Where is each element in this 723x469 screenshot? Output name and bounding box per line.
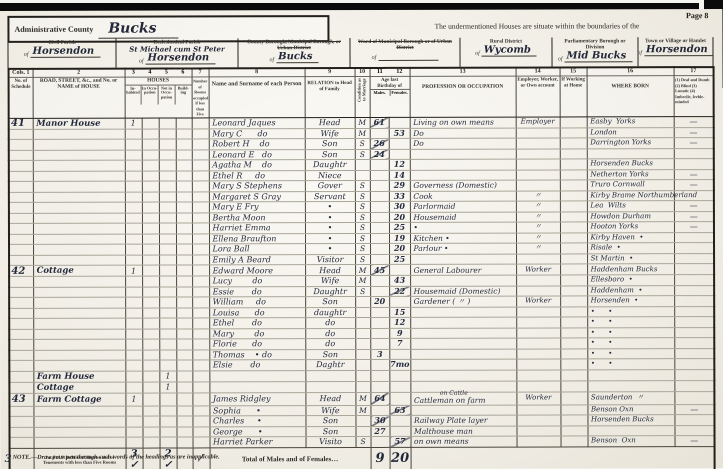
cell-rd <box>33 416 125 427</box>
cell-n <box>9 223 33 234</box>
cell-c5 <box>159 328 176 339</box>
header-infirmity: 17 (1) Deaf and Dumb (2) Blind (3) Lunat… <box>674 67 714 116</box>
cell-cd <box>355 296 370 307</box>
cell-c3 <box>125 308 142 319</box>
cell-em: 〃 <box>516 190 560 201</box>
cell-em: 〃 <box>516 222 560 233</box>
cell-c4 <box>142 308 159 319</box>
cell-em <box>516 275 560 286</box>
cell-rel: do <box>305 328 355 339</box>
cell-n <box>9 350 33 361</box>
cell-oc <box>410 254 516 265</box>
cell-rd <box>33 171 125 182</box>
cell-c5 <box>160 437 177 448</box>
cell-c6 <box>176 223 192 234</box>
cell-am <box>371 436 390 447</box>
cell-oc: Do <box>410 138 516 149</box>
cell-af: 22 <box>389 286 410 297</box>
cell-am <box>370 233 389 244</box>
cell-c4 <box>142 297 159 308</box>
cell-c5 <box>159 254 176 265</box>
cell-inf <box>675 425 715 436</box>
cell-rel: Gover <box>305 181 355 192</box>
cell-ah <box>560 415 587 426</box>
cell-af: 20 <box>389 212 410 223</box>
cell-em: 〃 <box>516 232 560 243</box>
cell-c5 <box>159 360 176 371</box>
cell-rel: Head <box>305 392 355 405</box>
cell-nm: Mary do <box>209 328 305 339</box>
cell-em: 〃 <box>516 243 560 254</box>
cell-af <box>389 349 410 360</box>
cell-rd <box>33 329 125 340</box>
cell-cd: M <box>355 275 370 286</box>
cell-af <box>389 370 410 381</box>
cell-oc: Malthouse man <box>411 426 517 437</box>
cell-em <box>516 317 560 328</box>
cell-nm: Louisa do <box>209 307 305 318</box>
cell-c5 <box>159 244 176 255</box>
cell-am <box>370 307 389 318</box>
header-working-at-home: 15 If Working at Home <box>560 67 587 116</box>
cell-c5 <box>159 392 176 405</box>
totals-males: 9 <box>371 447 390 469</box>
cell-c3 <box>125 160 142 171</box>
cell-nm: Essie do <box>209 286 305 297</box>
cell-em <box>516 359 560 370</box>
cell-cd: M <box>355 128 370 139</box>
cell-bn: London <box>587 127 674 138</box>
cell-cd <box>355 381 370 392</box>
administrative-county-label: Administrative County <box>9 25 98 34</box>
cell-bn: Horsenden Bucks <box>587 159 674 170</box>
cell-bn: Truro Cornwall <box>587 180 674 191</box>
cell-c6 <box>176 265 192 276</box>
cell-c6 <box>176 128 192 139</box>
cell-c4 <box>142 150 159 161</box>
cell-em <box>516 138 560 149</box>
cell-cd: S <box>355 286 370 297</box>
cell-c3: 1 <box>125 393 142 406</box>
district-ward: Ward of Municipal Borough or of Urban Di… <box>350 38 460 67</box>
cell-em <box>516 404 560 415</box>
cell-rel: Son <box>305 426 355 437</box>
cell-nm: Agatha M do <box>209 160 305 171</box>
cell-c6 <box>176 233 192 244</box>
cell-c6 <box>176 212 192 223</box>
cell-em <box>516 169 560 180</box>
cell-am <box>370 254 389 265</box>
cell-n <box>9 360 33 371</box>
cell-inf <box>674 275 714 286</box>
cell-af: 30 <box>389 201 410 212</box>
cell-em <box>516 159 560 170</box>
cell-nm: Leonard Jaques <box>209 117 305 128</box>
cell-bn: Netherton Yorks <box>587 169 674 180</box>
cell-ah <box>560 190 587 201</box>
cell-em <box>516 180 560 191</box>
cell-oc: Kitchen • <box>410 233 516 244</box>
cell-em <box>516 415 560 426</box>
cell-oc <box>410 370 516 381</box>
cell-em <box>517 436 561 447</box>
cell-c4 <box>142 360 159 371</box>
cell-c3 <box>125 406 142 417</box>
column-headers: Cols. 1 No. of Schedule 2 ROAD, STREET, … <box>9 67 714 118</box>
cell-cd <box>355 328 370 339</box>
header-houses-group: 3 4 5 6 HOUSES In- habited In Occu- pati… <box>125 68 192 117</box>
cell-c4 <box>142 276 159 287</box>
cell-bn <box>587 148 674 159</box>
cell-c4 <box>142 371 159 382</box>
cell-c5: 1 <box>159 381 176 392</box>
cell-cd: S <box>355 191 370 202</box>
cell-bn: • • <box>587 317 674 328</box>
cell-c6 <box>176 276 192 287</box>
cell-c5 <box>159 339 176 350</box>
cell-n <box>9 150 33 161</box>
cell-em <box>516 285 560 296</box>
cell-rel: Son <box>305 349 355 360</box>
cell-am: 61 <box>370 117 389 128</box>
cell-oc: Do <box>410 128 516 139</box>
cell-bn: Kirby Haven • <box>587 232 674 243</box>
cell-ah <box>560 306 587 317</box>
cell-bn: Risale • <box>587 243 674 254</box>
cell-oc: Housemaid <box>410 212 516 223</box>
header-inhabited: In- habited <box>125 85 142 104</box>
cell-oc <box>410 170 516 181</box>
cell-n <box>9 308 33 319</box>
cell-c6 <box>176 360 192 371</box>
cell-c3 <box>125 371 142 382</box>
cell-nm: Ethel R do <box>209 170 305 181</box>
cell-c7 <box>192 202 209 213</box>
cell-rd: Manor House <box>33 118 125 129</box>
cell-nm: Mary S Stephens <box>209 181 305 192</box>
cell-c7 <box>192 370 209 381</box>
cell-oc <box>410 307 516 318</box>
cell-c3 <box>125 234 142 245</box>
cell-c3: 1 <box>125 265 142 276</box>
cell-c4 <box>142 223 159 234</box>
cell-c6 <box>176 405 192 416</box>
cell-am <box>370 180 389 191</box>
cell-am <box>370 328 389 339</box>
cell-n <box>9 181 33 192</box>
cell-rd <box>33 308 125 319</box>
cell-oc: Railway Plate layer <box>410 415 516 426</box>
cell-n <box>9 213 33 224</box>
cell-cd <box>355 349 370 360</box>
cell-c5 <box>159 286 176 297</box>
cell-c7 <box>192 416 209 427</box>
cell-em <box>516 338 560 349</box>
cell-cd <box>355 338 370 349</box>
cell-n <box>9 406 33 417</box>
cell-cd <box>355 370 370 381</box>
cell-rel: Daghtr <box>305 360 355 371</box>
cell-rel: Wife <box>305 128 355 139</box>
cell-n <box>9 276 33 287</box>
cell-rd <box>33 287 125 298</box>
cell-c6 <box>176 328 192 339</box>
cell-bn: Darrington Yorks <box>587 138 674 149</box>
cell-c4 <box>142 202 159 213</box>
cell-c6 <box>176 139 192 150</box>
cell-c4 <box>142 192 159 203</box>
cell-c6 <box>176 339 192 350</box>
cell-c4 <box>142 416 159 427</box>
cell-n <box>9 318 33 329</box>
cell-c3 <box>125 297 142 308</box>
cell-am: 30 <box>370 415 389 426</box>
cell-c3 <box>126 437 143 448</box>
cell-c7 <box>192 254 209 265</box>
cell-am: 20 <box>370 296 389 307</box>
header-profession: 13 PROFESSION OR OCCUPATION <box>410 68 516 117</box>
cell-inf <box>674 380 714 391</box>
cell-cd: S <box>355 138 370 149</box>
cell-c7 <box>192 349 209 360</box>
cell-rd: Cottage <box>33 265 125 276</box>
district-header-row: Civil Parish ofHorsendon Ecclesiastical … <box>7 37 713 68</box>
cell-bn <box>588 425 675 436</box>
cell-cd: M <box>355 264 370 275</box>
cell-c6 <box>176 392 192 405</box>
cell-inf <box>674 148 714 159</box>
cell-nm: George • <box>209 426 305 437</box>
cell-oc: Housemaid (Domestic) <box>410 286 516 297</box>
cell-inf: — <box>674 222 714 233</box>
cell-cd: S <box>355 243 370 254</box>
cell-ah <box>560 159 587 170</box>
cell-c4 <box>142 244 159 255</box>
cell-oc: Governess (Domestic) <box>410 180 516 191</box>
cell-ah <box>560 359 587 370</box>
cell-ah <box>560 253 587 264</box>
cell-rd <box>33 150 125 161</box>
cell-cd: S <box>355 180 370 191</box>
cell-oc: on own means <box>411 436 517 447</box>
census-table: Cols. 1 No. of Schedule 2 ROAD, STREET, … <box>8 66 716 469</box>
cell-c5 <box>159 128 176 139</box>
cell-cd: S <box>355 201 370 212</box>
district-ecclesiastical-parish: Ecclesiastical Parish St Michael cum St … <box>116 38 238 67</box>
header-rooms: 7 Number of Rooms occupied if less than … <box>192 68 209 117</box>
cell-rel: Son <box>305 139 355 150</box>
cell-em <box>516 380 560 391</box>
cell-n <box>9 371 33 382</box>
cell-c4 <box>142 160 159 171</box>
totals-persons-label: Total of Males and of Females… <box>210 447 371 469</box>
cell-ah <box>560 116 587 127</box>
cell-cd: S <box>355 149 370 160</box>
cell-rd <box>33 160 125 171</box>
cell-c7 <box>192 339 209 350</box>
cell-cd: M <box>355 405 370 416</box>
cell-oc <box>410 275 516 286</box>
cell-inf <box>674 359 714 370</box>
cell-rd <box>33 318 125 329</box>
cell-c3 <box>125 255 142 266</box>
cell-inf <box>674 369 714 380</box>
cell-am <box>370 370 389 381</box>
cell-n <box>9 416 33 427</box>
cell-c3 <box>125 181 142 192</box>
cell-af: 14 <box>389 170 410 181</box>
cell-c6 <box>176 307 192 318</box>
cell-inf: — <box>675 436 715 447</box>
cell-am: 45 <box>370 264 389 275</box>
cell-rel: Visito <box>306 437 356 448</box>
district-county-borough: County Borough, Municipal Borough, or Ur… <box>238 38 350 67</box>
cell-oc: Gardener ( 〃 ) <box>410 296 516 307</box>
cell-rd <box>33 202 125 213</box>
cell-am: 64 <box>370 392 389 405</box>
cell-af <box>389 264 410 275</box>
administrative-county-value: Bucks <box>98 20 178 38</box>
cell-inf <box>674 306 714 317</box>
cell-c5 <box>159 297 176 308</box>
cell-am: 26 <box>370 138 389 149</box>
cell-ah <box>560 380 587 391</box>
cell-inf <box>674 232 714 243</box>
cell-nm: Leonard E do <box>209 149 305 160</box>
cell-cd: S <box>355 233 370 244</box>
cell-nm <box>209 381 305 392</box>
cell-rd <box>33 234 125 245</box>
cell-af: 25 <box>389 254 410 265</box>
cell-c7 <box>193 437 210 448</box>
cell-n <box>9 234 33 245</box>
cell-nm: William do <box>209 297 305 308</box>
cell-c7 <box>192 233 209 244</box>
cell-am <box>370 201 389 212</box>
cell-c3 <box>125 171 142 182</box>
cell-nm: Sophia • <box>209 405 305 416</box>
cell-af: 33 <box>389 191 410 202</box>
cell-c5 <box>159 426 176 437</box>
blank-line <box>378 51 438 61</box>
cell-oc <box>410 159 516 170</box>
cell-nm: Lora Ball <box>209 244 305 255</box>
cell-ah <box>561 425 588 436</box>
cell-cd: S <box>356 436 371 447</box>
cell-c4 <box>142 393 159 406</box>
cell-c7 <box>192 117 209 128</box>
cell-c7 <box>192 170 209 181</box>
cell-cd: S <box>355 212 370 223</box>
cell-oc <box>410 149 516 160</box>
cell-bn <box>587 369 674 380</box>
cell-c5 <box>159 349 176 360</box>
header-building: Build- ing <box>175 85 191 104</box>
cell-am <box>370 359 389 370</box>
cell-oc <box>410 405 516 416</box>
cell-am <box>370 338 389 349</box>
cell-c5 <box>159 223 176 234</box>
cell-c3 <box>125 129 142 140</box>
cell-inf: — <box>674 211 714 222</box>
cell-oc: Parlour • <box>410 243 516 254</box>
cell-bn: Saunderton 〃 <box>587 391 674 404</box>
cell-c6 <box>176 202 192 213</box>
cell-rd <box>33 350 125 361</box>
cell-c6 <box>176 149 192 160</box>
cell-rel: • <box>305 233 355 244</box>
cell-c4 <box>142 350 159 361</box>
cell-nm: James Ridgley <box>209 392 305 405</box>
cell-am: 3 <box>370 349 389 360</box>
cell-n <box>9 244 33 255</box>
cell-c3 <box>125 223 142 234</box>
cell-oc: Parlormaid <box>410 201 516 212</box>
cell-nm: Emily A Beard <box>209 254 305 265</box>
cell-rel: do <box>305 339 355 350</box>
cell-c6 <box>176 244 192 255</box>
cell-c5 <box>159 265 176 276</box>
cell-n <box>9 255 33 266</box>
cell-em: Employer <box>516 116 560 127</box>
header-uninhabited-not-in-occupation: Not in Occu- pation <box>159 85 176 104</box>
cell-af: 29 <box>389 180 410 191</box>
cell-em <box>516 253 560 264</box>
cell-cd: M <box>355 117 370 128</box>
cell-c6 <box>176 170 192 181</box>
cell-c7 <box>192 405 209 416</box>
cell-em <box>516 306 560 317</box>
cell-c6 <box>176 191 192 202</box>
header-condition: 10 Condition as to Marriage <box>355 68 370 117</box>
cell-inf: — <box>674 127 714 138</box>
cell-em <box>516 348 560 359</box>
cell-c5 <box>159 307 176 318</box>
cell-rd: Cottage <box>33 382 125 393</box>
cell-rel <box>305 370 355 381</box>
cell-c6 <box>177 437 193 448</box>
cell-af: 43 <box>389 275 410 286</box>
district-parliamentary-borough: Parliamentary Borough or Division ofMid … <box>552 37 638 66</box>
cell-c7 <box>192 265 209 276</box>
cell-rel: • <box>305 202 355 213</box>
header-relation: 9 RELATION to Head of Family <box>305 68 355 117</box>
cell-c4 <box>142 213 159 224</box>
cell-em: Worker <box>516 296 560 307</box>
cell-c7 <box>192 286 209 297</box>
cell-nm <box>209 370 305 381</box>
cell-c5 <box>159 405 176 416</box>
cell-am <box>370 243 389 254</box>
cell-c3 <box>125 150 142 161</box>
cell-em: Worker <box>516 391 560 404</box>
cell-ah <box>560 338 587 349</box>
cell-oc <box>410 349 516 360</box>
cell-n: 43 <box>9 393 33 406</box>
cell-c5 <box>159 202 176 213</box>
cell-nm: Lucy do <box>209 276 305 287</box>
cell-ah <box>560 285 587 296</box>
cell-c5 <box>159 160 176 171</box>
cell-em: 〃 <box>516 211 560 222</box>
cell-c7 <box>192 392 209 405</box>
cell-cd <box>355 359 370 370</box>
cell-c7 <box>192 360 209 371</box>
cell-am <box>370 159 389 170</box>
cell-rd <box>33 213 125 224</box>
cell-c5 <box>159 276 176 287</box>
cell-em: Worker <box>516 264 560 275</box>
